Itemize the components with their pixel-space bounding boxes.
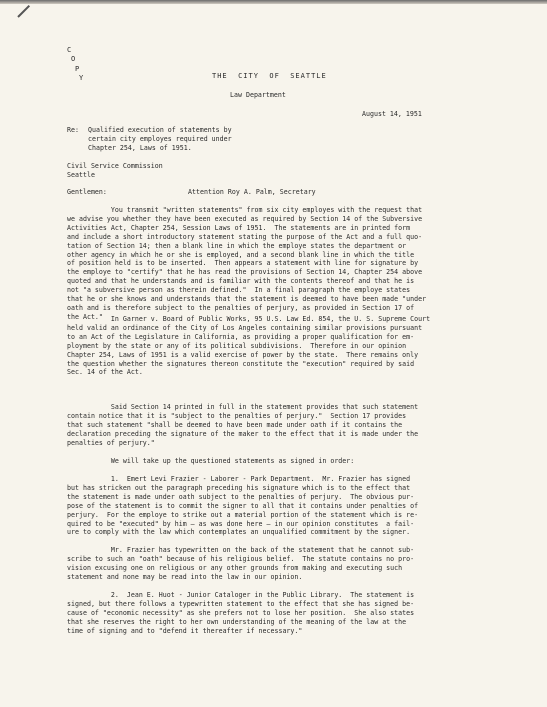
check-mark-icon xyxy=(17,5,30,18)
paragraph: In Garner v. Board of Public Works, 95 U… xyxy=(67,315,430,377)
paragraph: Said Section 14 printed in full in the s… xyxy=(67,403,418,448)
re-label: Re: xyxy=(67,126,79,135)
letterhead-department: Law Department xyxy=(230,91,286,100)
paragraph: 1. Emert Levi Frazier - Laborer - Park D… xyxy=(67,475,418,537)
re-subject: Qualified execution of statements by cer… xyxy=(88,126,232,153)
copy-letter: C xyxy=(67,46,83,55)
paragraph: 2. Jean E. Huot - Junior Cataloger in th… xyxy=(67,591,414,636)
addressee: Civil Service Commission Seattle xyxy=(67,162,163,180)
letterhead-title: THE CITY OF SEATTLE xyxy=(212,72,327,81)
attention-line: Attention Roy A. Palm, Secretary xyxy=(188,188,316,197)
scan-edge xyxy=(0,0,547,4)
paragraph: You transmit "written statements" from s… xyxy=(67,206,426,322)
copy-letter: P xyxy=(75,65,83,74)
paragraph: We will take up the questioned statement… xyxy=(67,457,354,466)
copy-letter: Y xyxy=(79,74,83,83)
salutation: Gentlemen: xyxy=(67,188,107,197)
copy-letter: O xyxy=(71,55,83,64)
letter-date: August 14, 1951 xyxy=(362,110,422,119)
paragraph: Mr. Frazier has typewritten on the back … xyxy=(67,546,414,582)
copy-stamp: C O P Y xyxy=(67,46,83,83)
